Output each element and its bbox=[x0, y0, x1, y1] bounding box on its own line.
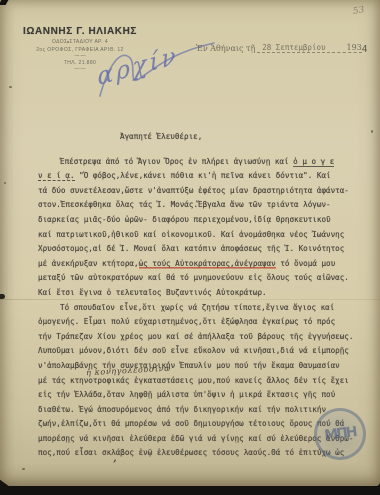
letter-line: Λυποῦμαι μόνον,διότι δέν σοῦ εἶνε εὔκολο… bbox=[38, 344, 368, 359]
paper-crease bbox=[0, 299, 380, 300]
dirt-speck bbox=[22, 468, 25, 470]
letter-line: διαθέτω. Ἐγώ ἀποσυρόμενος ἀπό τήν δικηγο… bbox=[38, 403, 368, 418]
letter-body: Ἀγαπητέ Ἐλευθέριε,Ἐπέστρεψα ἀπό τό Ἅγιον… bbox=[38, 130, 368, 461]
letter-line: Τό σπουδαῖον εἶνε,ὅτι χωρίς νά ζητήσω τί… bbox=[38, 301, 368, 316]
letter-line: Χρυσόστομος,αἱ δέ Ἱ. Μοναί ὅλαι κατόπιν … bbox=[38, 242, 368, 257]
letter-line: Ἐπέστρεψα ἀπό τό Ἅγιον Ὄρος ἐν πλήρει ἁγ… bbox=[38, 155, 368, 170]
letter-line: μέ ἀνεκήρυξαν κτήτορα,ὡς τούς Αὐτοκράτορ… bbox=[38, 257, 368, 272]
letter-line: καί πατριωτικοῦ,ἠθικοῦ καί οἰκονομικοῦ. … bbox=[38, 228, 368, 243]
letter-line: ν ε ί ᾳ. "Ὁ φόβος,λένε,κάνει πόθια κι'ἡ … bbox=[38, 169, 368, 184]
dirt-speck bbox=[67, 41, 69, 43]
letter-line: στον.Ἐπεσκέφθηκα ὅλας τάς Ἱ. Μονάς.Ἔβγαλ… bbox=[38, 198, 368, 213]
letterhead-name: ΙΩΑΝΝΗΣ Γ. ΗΛΙΑΚΗΣ bbox=[20, 26, 140, 37]
dateline-printed-prefix: Ἐν Ἀθήναις τῇ bbox=[196, 44, 255, 53]
letter-line: εἰς τήν Ἑλλάδα,ὅταν ληφθῇ μάλιστα ὑπ'ὄψι… bbox=[38, 388, 368, 403]
archive-stamp-monogram: ΜΠΗ bbox=[323, 424, 356, 444]
page-number-annotation: 53 bbox=[352, 5, 365, 17]
dirt-speck bbox=[4, 182, 6, 184]
dirt-speck bbox=[9, 86, 12, 88]
letter-line: Ἀγαπητέ Ἐλευθέριε, bbox=[38, 130, 368, 145]
handwritten-stray-mark: ’ bbox=[111, 458, 117, 473]
edge-mark bbox=[0, 294, 5, 299]
letter-line: τά δύο συνετέλεσαν,ὥστε ν'ἀναπτύξω ἐφέτο… bbox=[38, 184, 368, 199]
letter-line: διαρκείας μιᾶς-δύο ὡρῶν- διαφόρου περιεχ… bbox=[38, 213, 368, 228]
letterhead-address-1: ΟΔΟΣ ΣΤΑΔΙΟΥ ΑΡ. 4 bbox=[20, 39, 140, 45]
dateline-year-printed: 193 bbox=[332, 43, 361, 53]
paper-sheet: 53 ΙΩΑΝΝΗΣ Γ. ΗΛΙΑΚΗΣ ΟΔΟΣ ΣΤΑΔΙΟΥ ΑΡ. 4… bbox=[0, 0, 380, 486]
dateline: Ἐν Ἀθήναις τῇ 28 Σεπτεμβρίου 193 4 bbox=[196, 42, 368, 53]
scanned-letter-page: 53 ΙΩΑΝΝΗΣ Γ. ΗΛΙΑΚΗΣ ΟΔΟΣ ΣΤΑΔΙΟΥ ΑΡ. 4… bbox=[0, 0, 380, 495]
letter-line: μεταξύ τῶν αὐτοκρατόρων καί θά τό μνημον… bbox=[38, 271, 368, 286]
letter-line: ὁμογενής. Εἶμαι πολύ εὐχαριστημένος,ὅτι … bbox=[38, 315, 368, 330]
dirt-speck bbox=[371, 130, 373, 133]
dateline-typed-date: 28 Σεπτεμβρίου bbox=[257, 43, 330, 53]
dateline-year-typed-digit: 4 bbox=[362, 44, 368, 55]
letter-line: τήν Τράπεζαν Χίου χρέος μου καί σέ ἀπήλλ… bbox=[38, 330, 368, 345]
